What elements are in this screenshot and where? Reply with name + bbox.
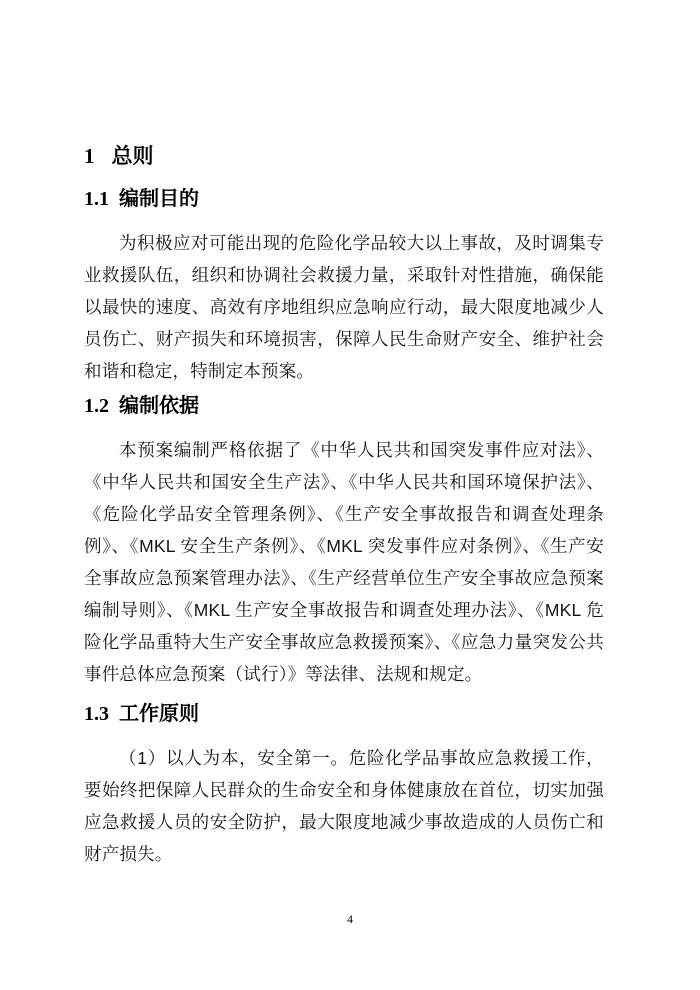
section-body-1-2: 本预案编制严格依据了《中华人民共和国突发事件应对法》、《中华人民共和国安全生产法…: [84, 434, 604, 690]
page-content: 1总则 1.1编制目的 为积极应对可能出现的危险化学品较大以上事故，及时调集专业…: [84, 143, 604, 870]
section-heading-1-1: 1.1编制目的: [84, 186, 604, 212]
section-body-1-3: （1）以人为本，安全第一。危险化学品事故应急救援工作，要始终把保障人民群众的生命…: [84, 742, 604, 870]
section-heading-1-3: 1.3工作原则: [84, 701, 604, 727]
chapter-number: 1: [84, 143, 95, 169]
chapter-heading: 1总则: [84, 143, 604, 169]
section-1-3: 1.3工作原则 （1）以人为本，安全第一。危险化学品事故应急救援工作，要始终把保…: [84, 701, 604, 870]
section-1-2: 1.2编制依据 本预案编制严格依据了《中华人民共和国突发事件应对法》、《中华人民…: [84, 393, 604, 690]
section-title: 编制目的: [119, 188, 199, 210]
section-title: 工作原则: [119, 703, 199, 725]
section-number: 1.1: [84, 186, 109, 212]
document-page: 1总则 1.1编制目的 为积极应对可能出现的危险化学品较大以上事故，及时调集专业…: [0, 0, 700, 990]
section-body-1-1: 为积极应对可能出现的危险化学品较大以上事故，及时调集专业救援队伍，组织和协调社会…: [84, 227, 604, 387]
page-number: 4: [347, 912, 353, 926]
section-heading-1-2: 1.2编制依据: [84, 393, 604, 419]
section-number: 1.3: [84, 701, 109, 727]
section-title: 编制依据: [119, 395, 199, 417]
chapter-title: 总则: [112, 144, 154, 168]
section-number: 1.2: [84, 393, 109, 419]
page-footer: 4: [0, 910, 700, 928]
section-1-1: 1.1编制目的 为积极应对可能出现的危险化学品较大以上事故，及时调集专业救援队伍…: [84, 186, 604, 387]
